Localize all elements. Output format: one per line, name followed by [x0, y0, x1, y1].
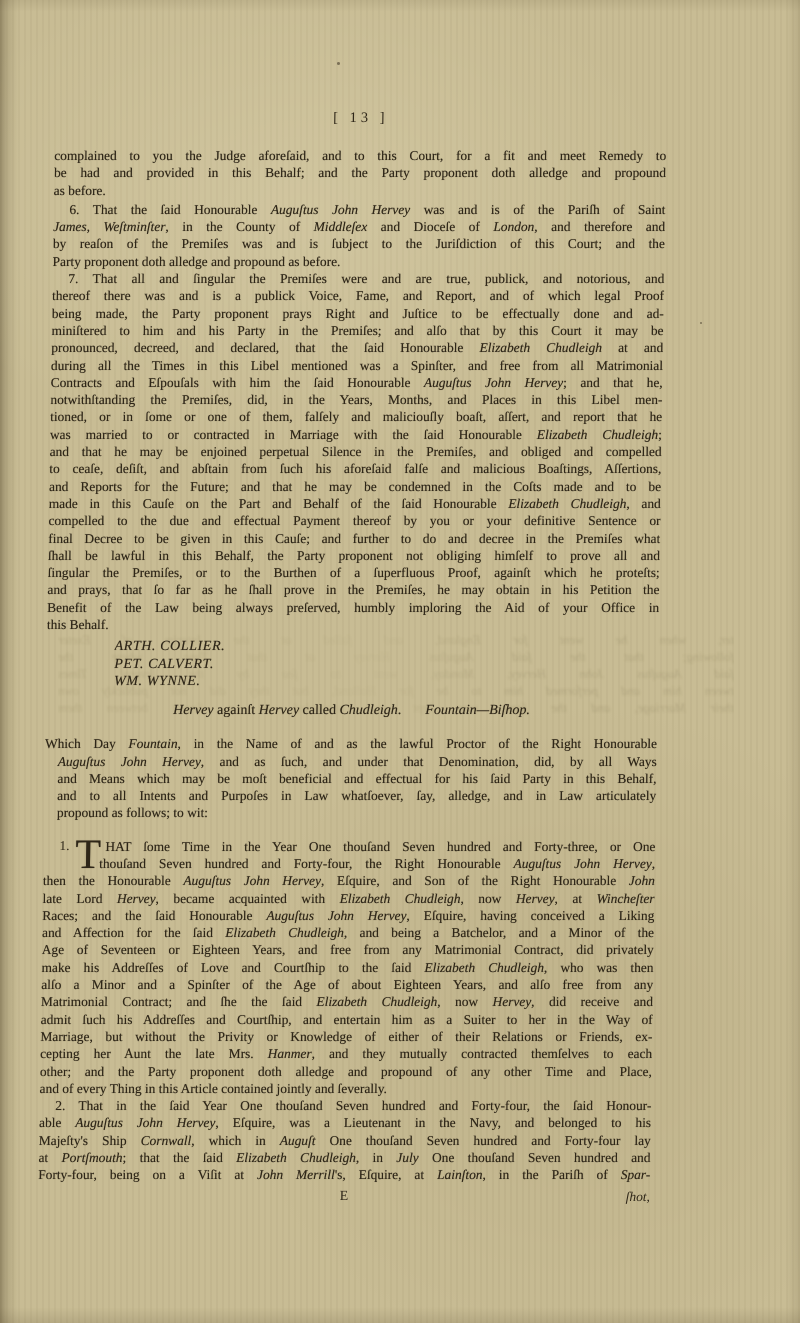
- text-column: [ 13 ] complained to you the Judge afore…: [38, 110, 667, 1205]
- text-line: notwithſtanding the Premiſes, did, in th…: [50, 391, 662, 408]
- text-line: Party proponent doth alledge and propoun…: [52, 253, 664, 270]
- text-run: ;: [658, 427, 662, 442]
- text-run: alſo a Minor and a Spinſter of the Age o…: [41, 977, 653, 992]
- article-1: 1.THAT ſome Time in the Year One thouſan…: [39, 838, 655, 1097]
- text-run: Majeſty's Ship: [39, 1133, 141, 1148]
- text-run: , and therefore and: [534, 219, 665, 234]
- text-run: Benefit of the Law being always preſerve…: [47, 600, 659, 615]
- case-heading: Hervey againſt Hervey called Chudleigh.F…: [45, 702, 657, 720]
- italic-proper-noun: Hervey: [117, 891, 156, 906]
- text-run: ,: [652, 856, 656, 871]
- italic-proper-noun: Auguſtus John Hervey: [183, 873, 321, 888]
- text-line: Matrimonial Contract; and ſhe the ſaid E…: [41, 993, 653, 1010]
- text-line: ſhall be lawful in this Behalf, the Part…: [48, 547, 660, 564]
- text-line: ſingular the Premiſes, or to the Burthen…: [48, 564, 660, 581]
- text-line: late Lord Hervey, became acquainted with…: [42, 890, 654, 907]
- text-run: tioned, or in ſome or one of them, falſe…: [50, 409, 662, 424]
- text-run: and Means which may be moſt beneficial a…: [57, 771, 656, 786]
- text-blocks: complained to you the Judge aforeſaid, a…: [38, 147, 666, 1184]
- italic-proper-noun: Cornwall: [141, 1133, 192, 1148]
- text-line: HAT ſome Time in the Year One thouſand S…: [43, 838, 655, 855]
- text-run: 's, Eſquire, at: [335, 1167, 438, 1182]
- case-heading-line: Hervey againſt Hervey called Chudleigh.F…: [45, 702, 657, 720]
- text-line: be had and provided in this Behalf; and …: [54, 164, 666, 181]
- text-run: .: [398, 703, 402, 718]
- text-run: being made, the Party proponent prays Ri…: [52, 306, 664, 321]
- text-run: , now: [437, 994, 493, 1009]
- text-line: other; and the Party proponent doth alle…: [40, 1063, 652, 1080]
- italic-proper-noun: Auguſtus John Hervey: [266, 908, 406, 923]
- text-line: cepting her Aunt the late Mrs. Hanmer, a…: [40, 1045, 652, 1062]
- article-6: 6. That the ſaid Honourable Auguſtus Joh…: [52, 201, 665, 270]
- text-line: James, Weſtminſter, in the County of Mid…: [53, 218, 665, 235]
- text-line: and to all Intents and Purpoſes in Law w…: [44, 787, 656, 804]
- text-run: pronounced, decreed, and declared, that …: [51, 340, 479, 355]
- text-run: made in this Cauſe on the Part and Behal…: [49, 496, 509, 511]
- text-line: was married to or contracted in Marriage…: [50, 426, 662, 443]
- text-line: Age of Seventeen or Eighteen Years, and …: [42, 941, 654, 958]
- text-run: be had and provided in this Behalf; and …: [54, 165, 666, 180]
- text-line: Benefit of the Law being always preſerve…: [47, 599, 659, 616]
- text-run: , in the County of: [165, 219, 313, 234]
- text-line: pronounced, decreed, and declared, that …: [51, 339, 663, 356]
- session-paragraph: Which Day Fountain, in the Name of and a…: [44, 735, 657, 821]
- text-run: as before.: [54, 183, 106, 198]
- italic-proper-noun: Elizabeth Chudleigh: [479, 340, 602, 355]
- italic-proper-noun: Wincheſter: [596, 891, 654, 906]
- text-line: Marriage, but without the Privity or Kno…: [40, 1028, 652, 1045]
- text-line: and prays, that ſo far as he ſhall prove…: [47, 581, 659, 598]
- text-line: thouſand Seven hundred and Forty-four, t…: [43, 855, 655, 872]
- text-run: , and: [626, 496, 661, 511]
- italic-proper-noun: Spar-: [621, 1167, 651, 1182]
- italic-proper-noun: Elizabeth Chudleigh: [225, 925, 344, 940]
- text-run: during all the Times in this Libel menti…: [51, 358, 663, 373]
- text-run: compelled to the due and effectual Payme…: [48, 513, 660, 528]
- text-line: during all the Times in this Libel menti…: [51, 357, 663, 374]
- text-run: ; and that he,: [563, 375, 663, 390]
- ink-speck: [128, 1048, 130, 1051]
- text-run: Which Day: [45, 736, 129, 751]
- italic-proper-noun: Chudleigh: [339, 703, 398, 718]
- text-run: , who was then: [544, 960, 654, 975]
- text-run: and Reports for the Future; and that he …: [49, 479, 661, 494]
- text-line: this Behalf.: [47, 616, 659, 633]
- italic-proper-noun: Portſmouth: [61, 1150, 122, 1165]
- text-line: and Affection for the ſaid Elizabeth Chu…: [42, 924, 654, 941]
- italic-proper-noun: Hervey: [492, 994, 531, 1009]
- text-line: and Reports for the Future; and that he …: [49, 478, 661, 495]
- text-run: at: [38, 1150, 61, 1165]
- text-run: Age of Seventeen or Eighteen Years, and …: [42, 942, 654, 957]
- article-7: 7. That all and ſingular the Premiſes we…: [47, 270, 665, 633]
- italic-proper-noun: Auguſtus John Hervey: [75, 1115, 215, 1130]
- text-run: cepting her Aunt the late Mrs.: [40, 1046, 268, 1061]
- proctor-signature: PET. CALVERT.: [114, 656, 658, 673]
- article-2: 2. That in the ſaid Year One thouſand Se…: [38, 1097, 651, 1183]
- italic-proper-noun: Auguſtus John Hervey: [424, 375, 563, 390]
- text-line: propound as follows; to wit:: [44, 804, 656, 821]
- text-run: and Dioceſe of: [367, 219, 493, 234]
- text-run: , in the Name of and as the lawful Proct…: [177, 736, 657, 751]
- text-run: make his Addreſſes of Love and Courtſhip…: [41, 960, 424, 975]
- italic-proper-noun: Elizabeth Chudleigh: [508, 496, 626, 511]
- italic-proper-noun: Hanmer: [268, 1046, 312, 1061]
- italic-proper-noun: Auguſtus John Hervey: [271, 202, 411, 217]
- text-run: , became acquainted with: [156, 891, 340, 906]
- text-run: complained to you the Judge aforeſaid, a…: [54, 148, 666, 163]
- text-run: , in: [356, 1150, 397, 1165]
- text-run: propound as follows; to wit:: [57, 805, 208, 820]
- catchword: ſhot,: [626, 1188, 650, 1205]
- text-run: to ceaſe, deſiſt, and abſtain from ſuch …: [49, 461, 661, 476]
- italic-proper-noun: Hervey: [516, 891, 555, 906]
- text-run: by reaſon of the Premiſes was and is ſub…: [53, 236, 665, 251]
- text-run: Matrimonial Contract; and ſhe the ſaid: [41, 994, 317, 1009]
- text-run: , Eſquire, having conceived a Liking: [406, 908, 654, 923]
- text-line: and of every Thing in this Article conta…: [39, 1080, 651, 1097]
- text-line: Races; and the ſaid Honourable Auguſtus …: [42, 907, 654, 924]
- italic-proper-noun: Auguſtus John Hervey: [58, 754, 201, 769]
- italic-proper-noun: Fountain: [128, 736, 177, 751]
- article-number: 1.: [59, 838, 69, 854]
- text-line: tioned, or in ſome or one of them, falſe…: [50, 408, 662, 425]
- text-run: , which in: [191, 1133, 280, 1148]
- text-run: late Lord: [43, 891, 118, 906]
- text-line: 7. That all and ſingular the Premiſes we…: [52, 270, 664, 287]
- page-number: [ 13 ]: [55, 110, 667, 127]
- scanned-document-page: ter, when he went for England, and faile…: [0, 0, 800, 1323]
- italic-proper-noun: Hervey: [259, 703, 300, 718]
- text-run: ſingular the Premiſes, or to the Burthen…: [48, 565, 660, 580]
- ink-speck: [337, 62, 340, 65]
- intro-paragraph: complained to you the Judge aforeſaid, a…: [54, 147, 667, 199]
- text-run: this Behalf.: [47, 617, 109, 632]
- text-line: and that he may be enjoined perpetual Si…: [49, 443, 661, 460]
- text-run: , at: [554, 891, 596, 906]
- italic-proper-noun: Elizabeth Chudleigh: [537, 427, 659, 442]
- text-line: being made, the Party proponent prays Ri…: [52, 305, 664, 322]
- italic-proper-noun: Elizabeth Chudleigh: [236, 1150, 356, 1165]
- text-run: notwithſtanding the Premiſes, did, in th…: [50, 392, 662, 407]
- proctor-signature: ARTH. COLLIER.: [114, 638, 658, 655]
- text-line: made in this Cauſe on the Part and Behal…: [49, 495, 661, 512]
- text-run: was married to or contracted in Marriage…: [50, 427, 537, 442]
- proctor-signature: WM. WYNNE.: [114, 673, 658, 690]
- text-line: and Means which may be moſt beneficial a…: [44, 770, 656, 787]
- text-run: and to all Intents and Purpoſes in Law w…: [57, 788, 656, 803]
- text-run: admit ſuch his Addreſſes and Courtſhip, …: [41, 1012, 653, 1027]
- italic-proper-noun: John Merrill: [257, 1167, 335, 1182]
- text-run: , now: [460, 891, 516, 906]
- italic-proper-noun: July: [396, 1150, 419, 1165]
- text-line: at Portſmouth; that the ſaid Elizabeth C…: [38, 1149, 650, 1166]
- italic-proper-noun: Fountain—Biſhop.: [425, 703, 530, 718]
- text-run: , did receive and: [531, 994, 653, 1009]
- text-run: thereof there was and is a publick Voice…: [52, 288, 664, 303]
- text-run: , and being a Batchelor, and a Minor of …: [344, 925, 654, 940]
- text-run: miniſtered to him and his Party in the P…: [51, 323, 663, 338]
- text-run: Party proponent doth alledge and propoun…: [53, 254, 341, 269]
- text-line: by reaſon of the Premiſes was and is ſub…: [53, 235, 665, 252]
- text-line: Which Day Fountain, in the Name of and a…: [45, 735, 657, 752]
- text-run: , in the Pariſh of: [482, 1167, 620, 1182]
- text-run: , and they mutually contracted themſelve…: [312, 1046, 653, 1061]
- text-line: able Auguſtus John Hervey, Eſquire, was …: [39, 1114, 651, 1131]
- text-run: was and is of the Pariſh of Saint: [410, 202, 665, 217]
- ink-speck: [700, 322, 702, 324]
- italic-proper-noun: Middleſex: [314, 219, 368, 234]
- text-run: and prays, that ſo far as he ſhall prove…: [47, 582, 659, 597]
- text-line: admit ſuch his Addreſſes and Courtſhip, …: [41, 1011, 653, 1028]
- text-run: One thouſand Seven hundred and: [419, 1150, 651, 1165]
- italic-proper-noun: Auguſtus John Hervey: [513, 856, 651, 871]
- text-run: 2. That in the ſaid Year One thouſand Se…: [55, 1098, 651, 1113]
- text-run: able: [39, 1115, 75, 1130]
- text-line: to ceaſe, deſiſt, and abſtain from ſuch …: [49, 460, 661, 477]
- text-run: ; that the ſaid: [122, 1150, 236, 1165]
- italic-proper-noun: Elizabeth Chudleigh: [316, 994, 437, 1009]
- text-line: Forty-four, being on a Viſit at John Mer…: [38, 1166, 650, 1183]
- text-run: , Eſquire, and Son of the Right Honourab…: [321, 873, 629, 888]
- text-line: then the Honourable Auguſtus John Hervey…: [43, 872, 655, 889]
- drop-cap: T: [75, 837, 101, 874]
- text-run: ſhall be lawful in this Behalf, the Part…: [48, 548, 660, 563]
- text-run: One thouſand Seven hundred and Forty-fou…: [315, 1133, 651, 1148]
- italic-proper-noun: Auguſt: [280, 1133, 316, 1148]
- text-run: at and: [602, 340, 663, 355]
- italic-proper-noun: Hervey: [173, 703, 214, 718]
- text-line: compelled to the due and effectual Payme…: [48, 512, 660, 529]
- text-run: againſt: [213, 703, 258, 718]
- text-run: then the Honourable: [43, 873, 184, 888]
- italic-proper-noun: Elizabeth Chudleigh: [424, 960, 544, 975]
- text-run: and of every Thing in this Article conta…: [40, 1081, 388, 1096]
- proctor-signatures: ARTH. COLLIER.PET. CALVERT.WM. WYNNE.: [114, 638, 659, 690]
- text-run: 6. That the ſaid Honourable: [69, 202, 271, 217]
- text-line: final Decree to be given in this Cauſe; …: [48, 530, 660, 547]
- text-run: called: [299, 703, 340, 718]
- text-run: HAT ſome Time in the Year One thouſand S…: [105, 839, 655, 854]
- text-line: make his Addreſſes of Love and Courtſhip…: [41, 959, 653, 976]
- text-run: Races; and the ſaid Honourable: [42, 908, 266, 923]
- italic-proper-noun: London: [493, 219, 534, 234]
- text-run: Contracts and Eſpouſals with him the ſai…: [51, 375, 424, 390]
- text-run: , and as ſuch, and under that Denominati…: [201, 754, 657, 769]
- text-line: thereof there was and is a publick Voice…: [52, 287, 664, 304]
- text-line: Contracts and Eſpouſals with him the ſai…: [51, 374, 663, 391]
- italic-proper-noun: James, Weſtminſter: [53, 219, 166, 234]
- text-line: miniſtered to him and his Party in the P…: [51, 322, 663, 339]
- italic-proper-noun: John: [629, 873, 655, 888]
- text-run: thouſand Seven hundred and Forty-four, t…: [99, 856, 514, 871]
- text-line: complained to you the Judge aforeſaid, a…: [54, 147, 666, 164]
- italic-proper-noun: Elizabeth Chudleigh: [340, 891, 461, 906]
- text-run: 7. That all and ſingular the Premiſes we…: [68, 271, 664, 286]
- text-run: other; and the Party proponent doth alle…: [40, 1064, 652, 1079]
- italic-proper-noun: Lainſton: [437, 1167, 483, 1182]
- text-run: final Decree to be given in this Cauſe; …: [48, 531, 660, 546]
- text-line: 2. That in the ſaid Year One thouſand Se…: [39, 1097, 651, 1114]
- page-footer: E ſhot,: [38, 1188, 650, 1205]
- text-run: , Eſquire, was a Lieutenant in the Navy,…: [215, 1115, 651, 1130]
- text-line: alſo a Minor and a Spinſter of the Age o…: [41, 976, 653, 993]
- text-line: Majeſty's Ship Cornwall, which in Auguſt…: [39, 1132, 651, 1149]
- text-run: Marriage, but without the Privity or Kno…: [40, 1029, 652, 1044]
- text-line: as before.: [54, 182, 666, 199]
- text-run: and Affection for the ſaid: [42, 925, 225, 940]
- text-run: Forty-four, being on a Viſit at: [38, 1167, 257, 1182]
- text-run: and that he may be enjoined perpetual Si…: [50, 444, 662, 459]
- gathering-signature-mark: E: [38, 1188, 650, 1205]
- text-line: Auguſtus John Hervey, and as ſuch, and u…: [45, 753, 657, 770]
- text-line: 6. That the ſaid Honourable Auguſtus Joh…: [53, 201, 665, 218]
